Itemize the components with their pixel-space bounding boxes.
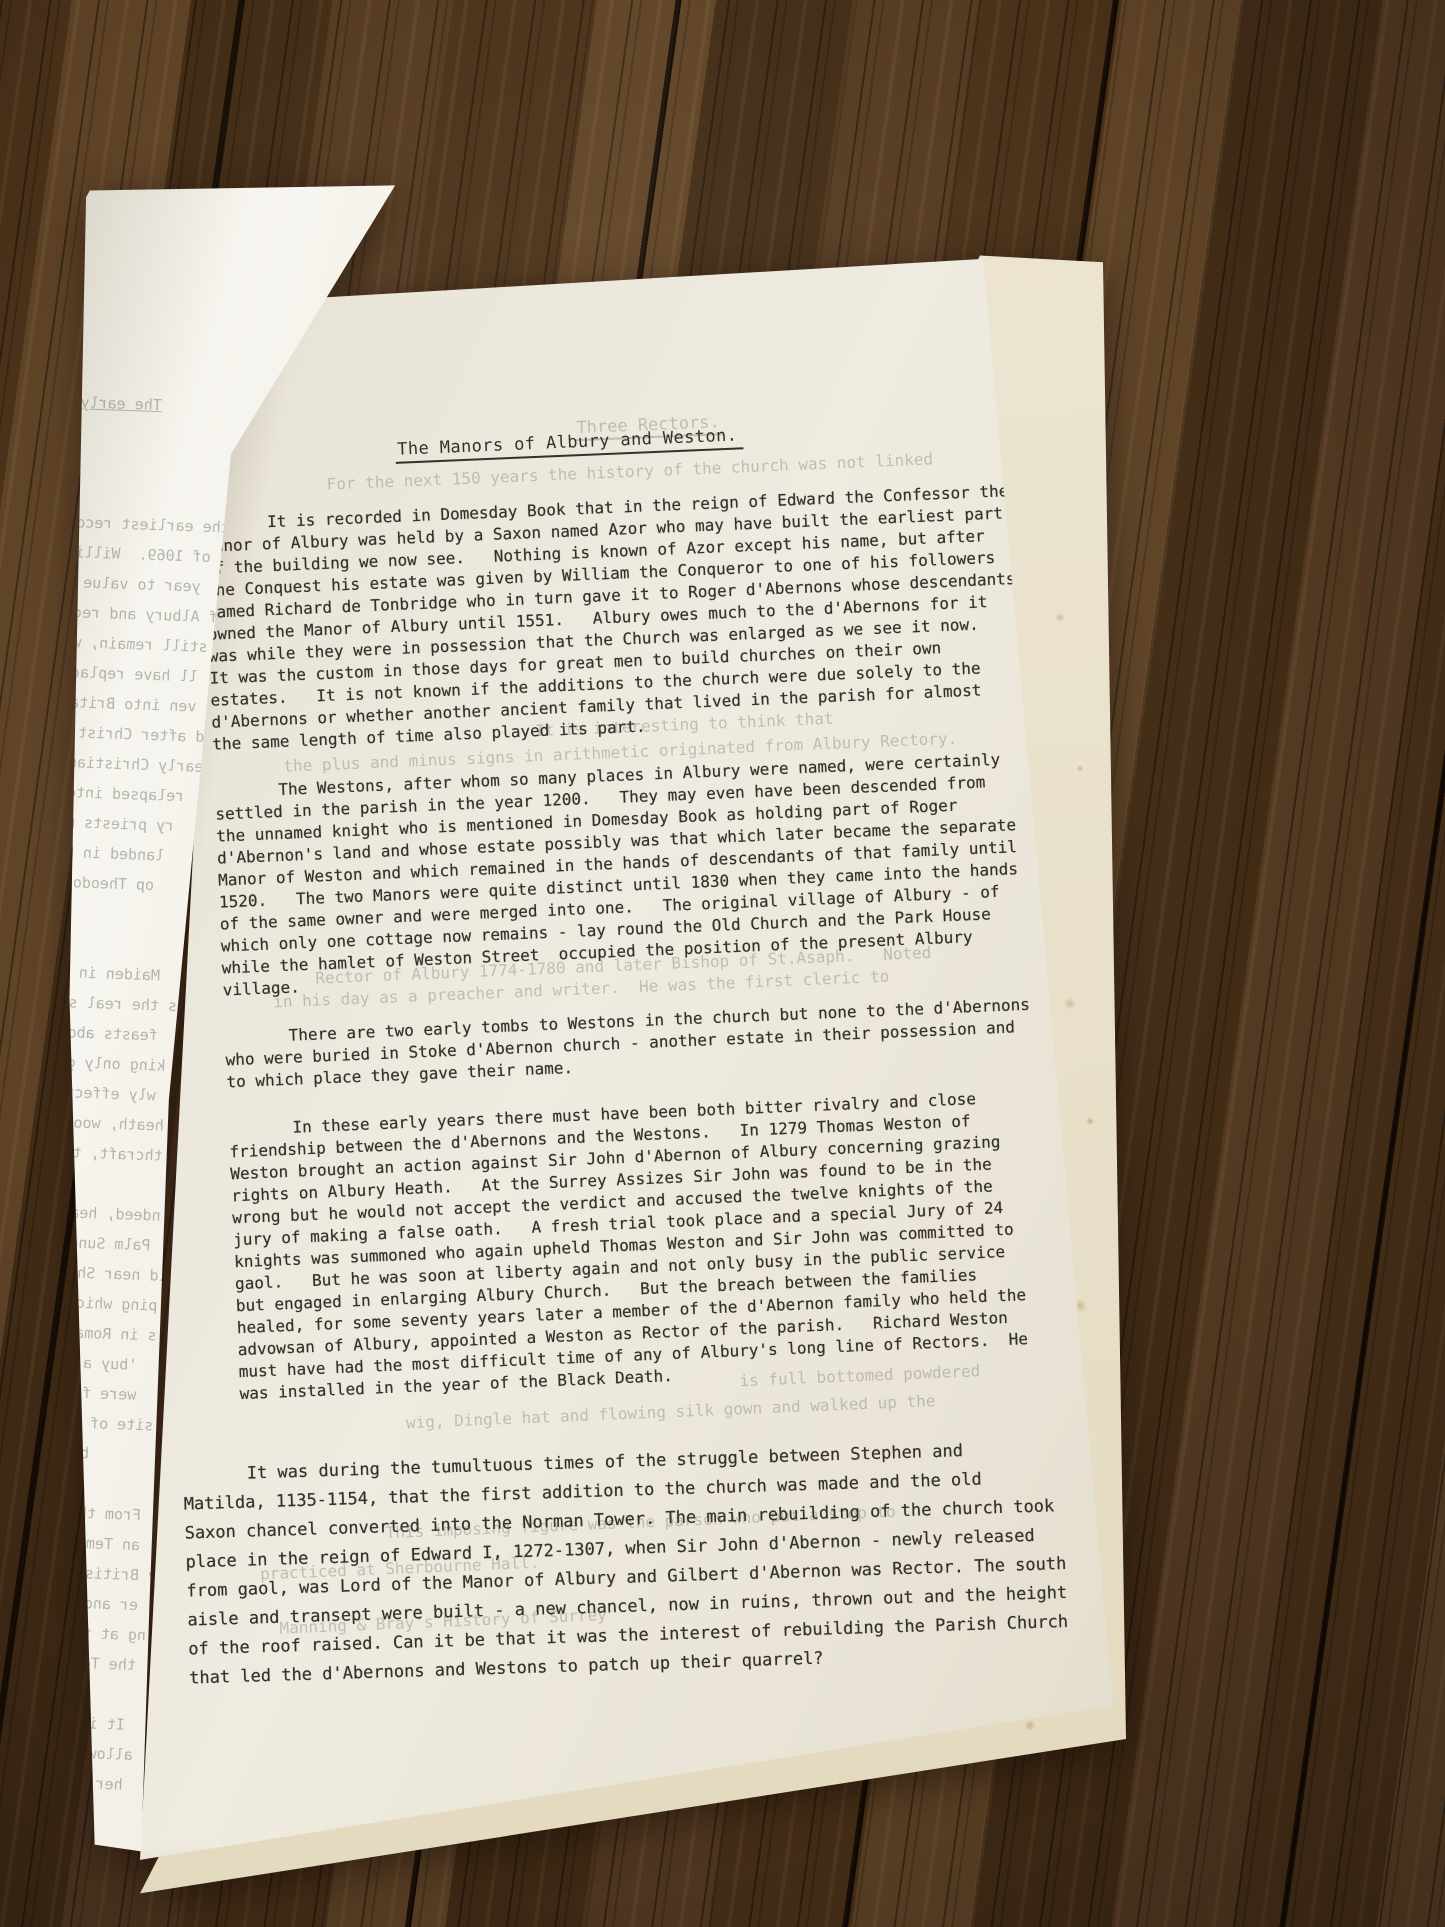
paragraph: The Westons, after whom so many places i… <box>214 747 1042 1001</box>
paragraph: In these early years there must have bee… <box>228 1085 1059 1405</box>
page-stack: Three Rectors. For the next 150 years th… <box>0 0 1445 1927</box>
typewritten-text-layer: The Manors of Albury and Weston. It is r… <box>200 414 1072 1717</box>
document-page: Three Rectors. For the next 150 years th… <box>130 248 1130 1927</box>
paragraph: It was during the tumultuous times of th… <box>182 1431 1149 1693</box>
paragraph: It is recorded in Domesday Book that in … <box>203 480 1032 756</box>
photo-scene: Three Rectors. For the next 150 years th… <box>0 0 1445 1927</box>
document-body: It is recorded in Domesday Book that in … <box>203 480 1072 1691</box>
paragraph: There are two early tombs to Westons in … <box>224 993 1046 1093</box>
